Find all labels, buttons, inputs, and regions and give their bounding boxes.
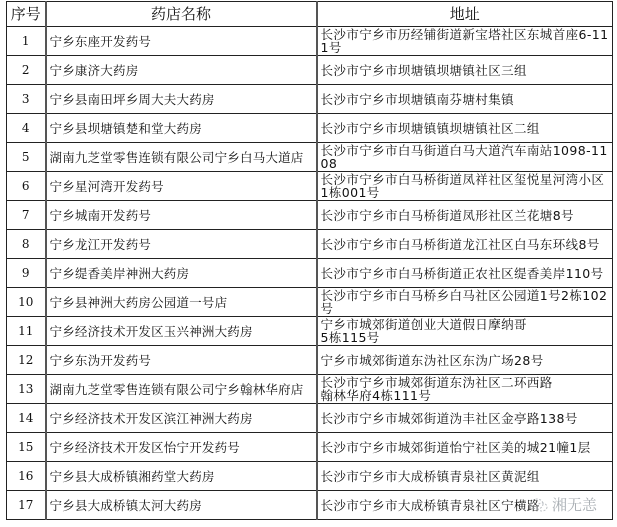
row-index: 13 <box>7 375 46 404</box>
row-index: 5 <box>7 143 46 172</box>
pharmacy-list-sheet: 序号 药店名称 地址 1宁乡东座开发药号长沙市宁乡市历经铺街道新宝塔社区东城首座… <box>6 1 612 520</box>
row-address: 长沙市宁乡市坝塘镇坝塘镇社区三组 <box>317 56 613 85</box>
table-row: 9宁乡缇香美岸神洲大药房长沙市宁乡市白马桥街道正农社区缇香美岸110号 <box>7 259 613 288</box>
row-pharmacy-name: 宁乡县南田坪乡周大夫大药房 <box>46 85 317 114</box>
row-index: 3 <box>7 85 46 114</box>
row-address: 长沙市宁乡市大成桥镇青泉社区黄泥组 <box>317 462 613 491</box>
row-pharmacy-name: 宁乡经济技术开发区玉兴神洲大药房 <box>46 317 317 346</box>
table-row: 3宁乡县南田坪乡周大夫大药房长沙市宁乡市坝塘镇南芬塘村集镇 <box>7 85 613 114</box>
wechat-icon <box>530 498 548 512</box>
row-pharmacy-name: 宁乡经济技术开发区滨江神洲大药房 <box>46 404 317 433</box>
table-row: 17宁乡县大成桥镇太河大药房长沙市宁乡市大成桥镇青泉社区宁横路 <box>7 491 613 520</box>
header-address: 地址 <box>317 2 613 27</box>
row-pharmacy-name: 宁乡龙江开发药号 <box>46 230 317 259</box>
table-row: 5湖南九芝堂零售连锁有限公司宁乡白马大道店长沙市宁乡市白马街道白马大道汽车南站1… <box>7 143 613 172</box>
row-pharmacy-name: 宁乡县大成桥镇湘药堂大药房 <box>46 462 317 491</box>
row-address: 长沙市宁乡市城郊街道沩丰社区金亭路138号 <box>317 404 613 433</box>
row-address: 宁乡市城郊街道东沩社区东沩广场28号 <box>317 346 613 375</box>
pharmacy-table: 序号 药店名称 地址 1宁乡东座开发药号长沙市宁乡市历经铺街道新宝塔社区东城首座… <box>6 1 613 520</box>
row-pharmacy-name: 宁乡经济技术开发区怡宁开发药号 <box>46 433 317 462</box>
table-row: 11宁乡经济技术开发区玉兴神洲大药房宁乡市城郊街道创业大道假日摩纳哥 5栋115… <box>7 317 613 346</box>
header-pharmacy-name: 药店名称 <box>46 2 317 27</box>
row-address: 长沙市宁乡市历经铺街道新宝塔社区东城首座6-111号 <box>317 27 613 56</box>
row-address: 长沙市宁乡市白马桥街道凤祥社区玺悦星河湾小区1栋001号 <box>317 172 613 201</box>
row-pharmacy-name: 宁乡星河湾开发药号 <box>46 172 317 201</box>
row-address: 长沙市宁乡市白马桥街道龙江社区白马东环线8号 <box>317 230 613 259</box>
row-index: 12 <box>7 346 46 375</box>
table-row: 2宁乡康济大药房长沙市宁乡市坝塘镇坝塘镇社区三组 <box>7 56 613 85</box>
row-pharmacy-name: 宁乡县坝塘镇楚和堂大药房 <box>46 114 317 143</box>
row-index: 7 <box>7 201 46 230</box>
table-row: 8宁乡龙江开发药号长沙市宁乡市白马桥街道龙江社区白马东环线8号 <box>7 230 613 259</box>
row-pharmacy-name: 湖南九芝堂零售连锁有限公司宁乡翰林华府店 <box>46 375 317 404</box>
row-pharmacy-name: 宁乡东沩开发药号 <box>46 346 317 375</box>
row-pharmacy-name: 宁乡县神洲大药房公园道一号店 <box>46 288 317 317</box>
table-row: 15宁乡经济技术开发区怡宁开发药号长沙市宁乡市城郊街道怡宁社区美的城21幢1层 <box>7 433 613 462</box>
row-address: 长沙市宁乡市城郊街道怡宁社区美的城21幢1层 <box>317 433 613 462</box>
table-header-row: 序号 药店名称 地址 <box>7 2 613 27</box>
row-index: 1 <box>7 27 46 56</box>
row-index: 15 <box>7 433 46 462</box>
row-address: 长沙市宁乡市白马街道白马大道汽车南站1098-1108 <box>317 143 613 172</box>
row-address: 长沙市宁乡市坝塘镇南芬塘村集镇 <box>317 85 613 114</box>
row-index: 2 <box>7 56 46 85</box>
table-row: 12宁乡东沩开发药号宁乡市城郊街道东沩社区东沩广场28号 <box>7 346 613 375</box>
row-address: 长沙市宁乡市坝塘镇镇坝塘镇社区二组 <box>317 114 613 143</box>
table-row: 14宁乡经济技术开发区滨江神洲大药房长沙市宁乡市城郊街道沩丰社区金亭路138号 <box>7 404 613 433</box>
table-row: 7宁乡城南开发药号长沙市宁乡市白马桥街道凤形社区兰花塘8号 <box>7 201 613 230</box>
watermark: 湘无恙 <box>530 494 597 515</box>
row-address: 宁乡市城郊街道创业大道假日摩纳哥 5栋115号 <box>317 317 613 346</box>
row-address: 长沙市宁乡市白马桥乡白马社区公园道1号2栋102号 <box>317 288 613 317</box>
row-pharmacy-name: 宁乡缇香美岸神洲大药房 <box>46 259 317 288</box>
row-index: 4 <box>7 114 46 143</box>
header-index: 序号 <box>7 2 46 27</box>
table-row: 6宁乡星河湾开发药号长沙市宁乡市白马桥街道凤祥社区玺悦星河湾小区1栋001号 <box>7 172 613 201</box>
row-pharmacy-name: 宁乡城南开发药号 <box>46 201 317 230</box>
row-pharmacy-name: 湖南九芝堂零售连锁有限公司宁乡白马大道店 <box>46 143 317 172</box>
row-index: 17 <box>7 491 46 520</box>
table-row: 16宁乡县大成桥镇湘药堂大药房长沙市宁乡市大成桥镇青泉社区黄泥组 <box>7 462 613 491</box>
row-index: 11 <box>7 317 46 346</box>
row-address: 长沙市宁乡市白马桥街道正农社区缇香美岸110号 <box>317 259 613 288</box>
watermark-text: 湘无恙 <box>552 494 597 515</box>
row-index: 8 <box>7 230 46 259</box>
row-pharmacy-name: 宁乡县大成桥镇太河大药房 <box>46 491 317 520</box>
row-pharmacy-name: 宁乡东座开发药号 <box>46 27 317 56</box>
row-index: 9 <box>7 259 46 288</box>
row-index: 14 <box>7 404 46 433</box>
table-row: 13湖南九芝堂零售连锁有限公司宁乡翰林华府店长沙市宁乡市城郊街道东沩社区二环西路… <box>7 375 613 404</box>
table-row: 10宁乡县神洲大药房公园道一号店长沙市宁乡市白马桥乡白马社区公园道1号2栋102… <box>7 288 613 317</box>
row-index: 6 <box>7 172 46 201</box>
row-address: 长沙市宁乡市城郊街道东沩社区二环西路 翰林华府4栋111号 <box>317 375 613 404</box>
row-address: 长沙市宁乡市白马桥街道凤形社区兰花塘8号 <box>317 201 613 230</box>
table-row: 1宁乡东座开发药号长沙市宁乡市历经铺街道新宝塔社区东城首座6-111号 <box>7 27 613 56</box>
row-index: 10 <box>7 288 46 317</box>
table-row: 4宁乡县坝塘镇楚和堂大药房长沙市宁乡市坝塘镇镇坝塘镇社区二组 <box>7 114 613 143</box>
row-index: 16 <box>7 462 46 491</box>
row-pharmacy-name: 宁乡康济大药房 <box>46 56 317 85</box>
